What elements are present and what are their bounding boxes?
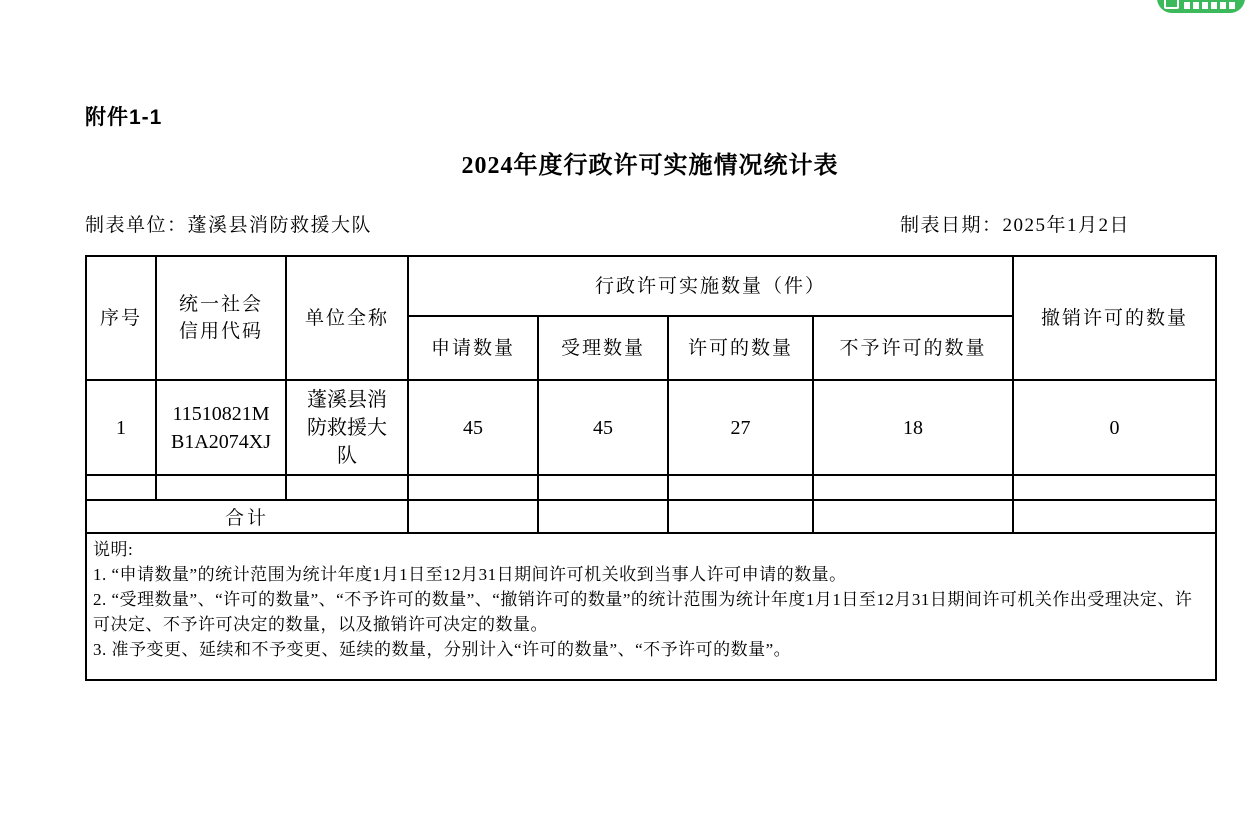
cell-credit-code: 11510821M B1A2074XJ: [156, 380, 286, 475]
empty-row: [86, 475, 1216, 500]
note-item-2: 2. “受理数量”、“许可的数量”、“不予许可的数量”、“撤销许可的数量”的统计…: [93, 587, 1209, 637]
notes-title: 说明:: [93, 537, 1209, 562]
col-header-seq: 序号: [86, 256, 156, 380]
cell-granted: 27: [668, 380, 813, 475]
col-header-denied: 不予许可的数量: [813, 316, 1013, 380]
prepared-by-text: 制表单位：蓬溪县消防救援大队: [85, 210, 372, 237]
empty-cell: [408, 475, 538, 500]
prepared-date-text: 制表日期：2025年1月2日: [900, 210, 1130, 237]
col-header-implementation-group: 行政许可实施数量（件）: [408, 256, 1013, 316]
col-header-applied: 申请数量: [408, 316, 538, 380]
cell-denied: 18: [813, 380, 1013, 475]
total-accepted-cell: [538, 500, 668, 533]
cell-revoked: 0: [1013, 380, 1216, 475]
empty-cell: [668, 475, 813, 500]
empty-cell: [156, 475, 286, 500]
col-header-granted: 许可的数量: [668, 316, 813, 380]
cell-applied: 45: [408, 380, 538, 475]
cell-unit-name: 蓬溪县消 防救援大 队: [286, 380, 408, 475]
note-item-3: 3. 准予变更、延续和不予变更、延续的数量，分别计入“许可的数量”、“不予许可的…: [93, 637, 1209, 662]
total-label: 合计: [86, 500, 408, 533]
header-row-1: 序号 统一社会 信用代码 单位全称 行政许可实施数量（件） 撤销许可的数量: [86, 256, 1216, 316]
capture-icon: [1164, 0, 1179, 9]
screen-capture-overlay-button[interactable]: [1157, 0, 1245, 13]
page-title: 2024年度行政许可实施情况统计表: [85, 145, 1215, 180]
col-header-accepted: 受理数量: [538, 316, 668, 380]
statistics-table: 序号 统一社会 信用代码 单位全称 行政许可实施数量（件） 撤销许可的数量 申请…: [85, 255, 1217, 681]
total-revoked-cell: [1013, 500, 1216, 533]
empty-cell: [1013, 475, 1216, 500]
total-row: 合计: [86, 500, 1216, 533]
empty-cell: [813, 475, 1013, 500]
col-header-revoked: 撤销许可的数量: [1013, 256, 1216, 380]
total-applied-cell: [408, 500, 538, 533]
table-row: 1 11510821M B1A2074XJ 蓬溪县消 防救援大 队 45 45 …: [86, 380, 1216, 475]
empty-cell: [538, 475, 668, 500]
cell-accepted: 45: [538, 380, 668, 475]
attachment-label: 附件1-1: [85, 101, 162, 131]
notes-row: 说明: 1. “申请数量”的统计范围为统计年度1月1日至12月31日期间许可机关…: [86, 533, 1216, 680]
document-page: { "overlay": { "capture_button_color": "…: [0, 0, 1247, 819]
notes-cell: 说明: 1. “申请数量”的统计范围为统计年度1月1日至12月31日期间许可机关…: [86, 533, 1216, 680]
empty-cell: [286, 475, 408, 500]
col-header-credit-code: 统一社会 信用代码: [156, 256, 286, 380]
empty-cell: [86, 475, 156, 500]
cell-seq: 1: [86, 380, 156, 475]
col-header-unit-name: 单位全称: [286, 256, 408, 380]
total-granted-cell: [668, 500, 813, 533]
capture-button-clipped-text: [1184, 2, 1238, 9]
total-denied-cell: [813, 500, 1013, 533]
note-item-1: 1. “申请数量”的统计范围为统计年度1月1日至12月31日期间许可机关收到当事…: [93, 562, 1209, 587]
